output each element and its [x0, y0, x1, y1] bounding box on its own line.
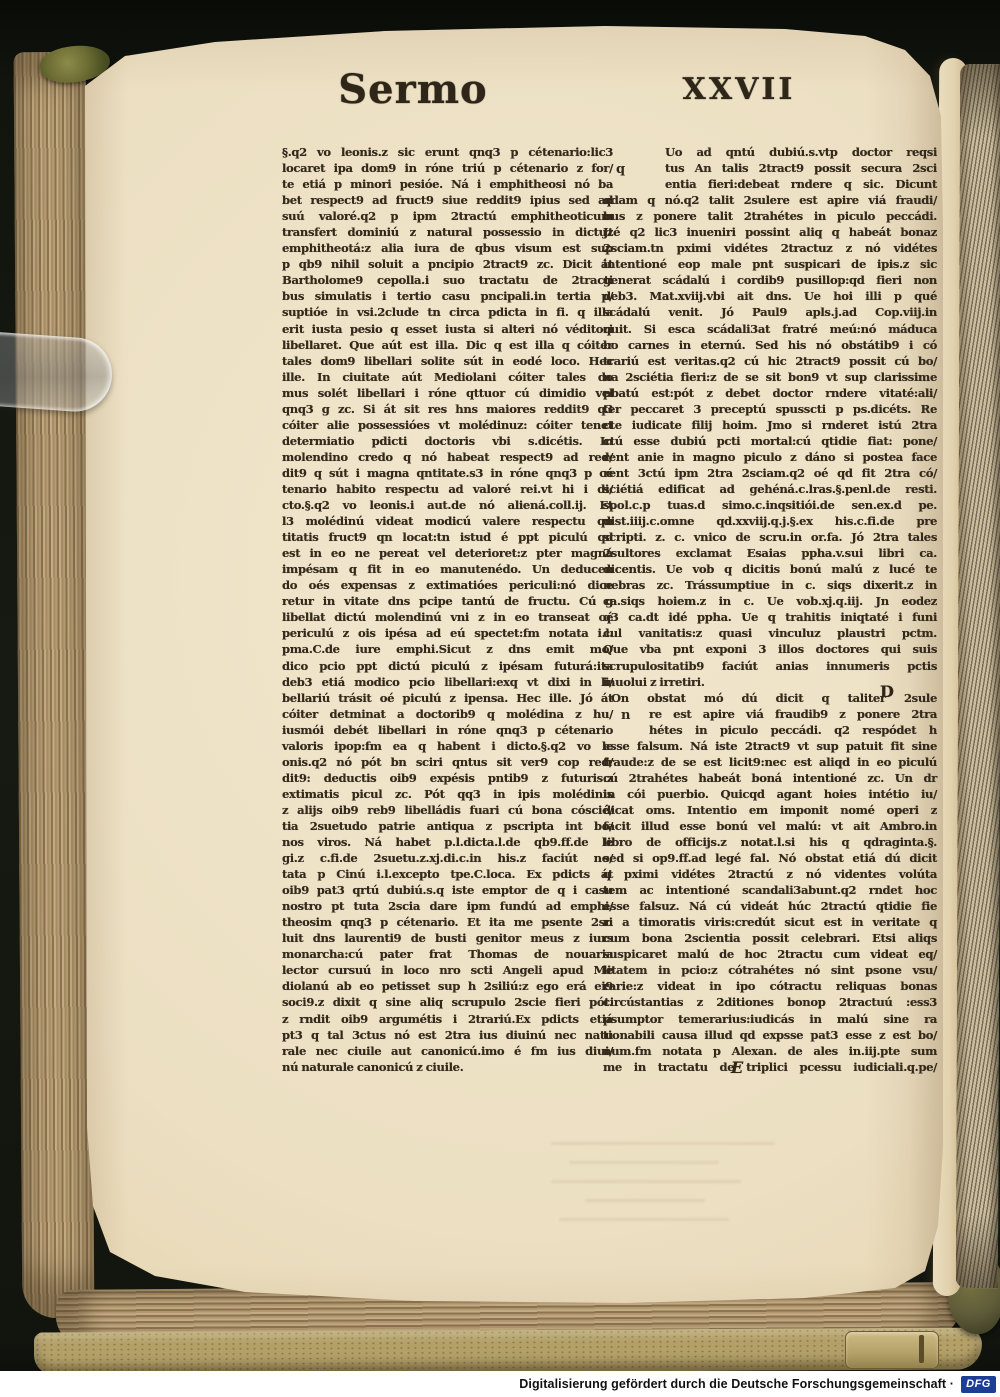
text-line: z rndit oib9 argumétis i 2trariú.Ex pdic… — [282, 1011, 613, 1027]
text-line: suptióe in vsi.2clude tn circa pdicta in… — [282, 304, 613, 320]
text-line: cum bona 2scientia possit celebrari. Ets… — [603, 930, 937, 946]
text-line: rent anie in magno piculo z dáno si post… — [603, 449, 937, 465]
text-line: l3 molédinú videat modicú valere respect… — [282, 513, 613, 529]
guide-letter-q: q — [616, 162, 625, 177]
credit-text: Digitalisierung gefördert durch die Deut… — [519, 1377, 954, 1391]
running-head-folio-number: XXVII — [679, 72, 799, 107]
text-line: dit9 q sút i magna qntitate.s3 in róne q… — [282, 465, 613, 481]
running-head-title: Sermo — [338, 66, 488, 113]
text-line: Bartholome9 cepolla.i suo tractatu de 2t… — [282, 272, 613, 288]
text-line: locaret ipa dom9 in róne triú p cétenari… — [282, 160, 613, 176]
text-line: scádalú venit. Jó Paul9 apls.j.ad Cop.vi… — [603, 304, 937, 320]
text-line: retur in vitate dns pcipe tantú de fruct… — [282, 593, 613, 609]
scanned-book-photo: Sermo XXVII §.q2 vo leonis.z sic erunt q… — [0, 0, 1000, 1397]
text-line: trariú est veritas.q2 cú hic 2tract9 pos… — [603, 353, 937, 369]
text-line: ter peccaret 3 preceptú spusscti p ps.di… — [603, 401, 937, 417]
text-line: bus simulatis i tertio casu pncipali.in … — [282, 288, 613, 304]
text-line: te etiá p minori pesióe. Ná i emphitheos… — [282, 176, 613, 192]
text-line: periculú z ois ipésa ad eú spectet:fm no… — [282, 625, 613, 641]
text-line: cóiter detminat a doctorib9 q molédina z… — [282, 706, 613, 722]
text-line: rent 3ctú ipm 2tra 2sciam.q2 oé qd fit 2… — [603, 465, 937, 481]
text-line: mus solét libellari i róne qttuor cú dim… — [282, 385, 613, 401]
text-line: dicentis. Ue vob q dicitis bonú malú z l… — [603, 561, 937, 577]
text-line: Uo ad qntú dubiú.s.vtp doctor reqsi — [603, 144, 937, 160]
text-line: q pximi vidétes 2tractú z nó videntes vo… — [603, 866, 937, 882]
text-line: p qb9 nihil soluit a pncipio 2tract9 zc.… — [282, 256, 613, 272]
parchment-cover-edge — [34, 1328, 982, 1375]
text-line: qnq3 g zc. Si át sit res hns maiores red… — [282, 401, 613, 417]
text-line: fraude:z de se est licit9:nec est aliqd … — [603, 754, 937, 770]
text-line: tia 2suetudo patrie antiqua z pscripta i… — [282, 818, 613, 834]
book-clasp — [845, 1331, 939, 1369]
text-line: theosim qnq3 p cétenario. Et ita me psen… — [282, 914, 613, 930]
clasp-pin — [919, 1335, 924, 1363]
text-line: diolanú ab eo petisset sup h 2siliú:z eg… — [282, 978, 613, 994]
text-line: q3 ca.dt idé ppha. Ue q trahitis iniqtat… — [603, 609, 937, 625]
text-line: tus An talis 2tract9 possit secura 2sci — [603, 160, 937, 176]
text-line: in cói puerbio. Quicqd agant hoies intét… — [603, 786, 937, 802]
text-line: scrupulositatib9 faciút anias innumeris … — [603, 658, 937, 674]
text-line: molendino credo q nó habeat respect9 ad … — [282, 449, 613, 465]
text-line: sed si op9.ff.ad legé fal. Nó obstat eti… — [603, 850, 937, 866]
text-line: ille. In ciuitate aút Mediolani cóiter t… — [282, 369, 613, 385]
text-line: tionabili causa illud qd expsse pat3 ess… — [603, 1027, 937, 1043]
text-line: rarie:z videat in ipo cótractu reliquas … — [603, 978, 937, 994]
text-line: qdam q nó.q2 talit 2sulere est apire viá… — [603, 192, 937, 208]
text-column-left: §.q2 vo leonis.z sic erunt qnq3 p cétena… — [282, 144, 613, 1075]
text-line: nebras zc. Trássumptiue in c. siqs dixer… — [603, 577, 937, 593]
text-line: facit illud esse bonú vel malú: vt ait A… — [603, 818, 937, 834]
text-column-right: Uo ad qntú dubiú.s.vtp doctor reqsitus A… — [603, 144, 937, 1075]
text-line: deb3 etiá modico pcio libellari:exq vt d… — [282, 674, 613, 690]
text-line: re est apire viá fraudib9 z ponere 2tra — [603, 706, 937, 722]
text-line: spol.c.p tuas.d simo.c.inqsitiói.de sen.… — [603, 497, 937, 513]
text-line: 2sciam.tn pximi vidétes 2tractuz z nó vi… — [603, 240, 937, 256]
text-line: me in tractatu de triplici pcessu iudici… — [603, 1059, 937, 1075]
text-line: suú valoré.q2 p ipm 2tractú emphitheotic… — [282, 208, 613, 224]
text-line: extimatis picul zc. Pót qq3 in ipis molé… — [282, 786, 613, 802]
text-line: monarcha:cú pater frat Thomas de nouaria — [282, 946, 613, 962]
text-line: tem ac intentioné scandali3abunt.q2 rnde… — [603, 882, 937, 898]
text-line: onis.q2 nó pót bn sciri qntus sit ver9 c… — [282, 754, 613, 770]
text-line: pt3 q tal 3ctus nó est 2tra ius diuinú n… — [282, 1027, 613, 1043]
digitization-credit-bar: Digitalisierung gefördert durch die Deut… — [0, 1371, 1000, 1397]
text-line: quit. Si esca scádali3at fratré meú:nó m… — [603, 321, 937, 337]
text-line: pma.C.de iure emphi.Sicut z dns emit mo/ — [282, 641, 613, 657]
text-line: circústantias z 2ditiones bonop 2tractuú… — [603, 994, 937, 1010]
text-line: nú naturale canonicú z ciuile. — [282, 1059, 613, 1075]
text-line: bellariú trásit oé piculú z ipensa. Hec … — [282, 690, 613, 706]
text-line: sciétiá edificat ad gehéná.c.lras.§.penl… — [603, 481, 937, 497]
text-line: na 2sciétia fieri:z de se sit bon9 vt su… — [603, 369, 937, 385]
text-line: psumptor temerarius:iudicás in malú sine… — [603, 1011, 937, 1027]
text-line: libellat dictú molendinú vni z in eo tra… — [282, 609, 613, 625]
text-line: tata p Cinú i.l.excepto tpe.C.loca. Ex p… — [282, 866, 613, 882]
text-line: deb3. Mat.xviij.vbi ait dns. Ue hoi illi… — [603, 288, 937, 304]
text-line: bus z ponere talit 2trahétes in piculo p… — [603, 208, 937, 224]
guide-letter-n: n — [621, 708, 630, 723]
text-line: bo carnes in eternú. Sed his nó obstátib… — [603, 337, 937, 353]
text-line: soci9.z dixit q sine aliq scrupulo 2scie… — [282, 994, 613, 1010]
text-line: bet respect9 ad fruct9 siue reddit9 ipiu… — [282, 192, 613, 208]
text-line: nos viros. Ná habet p.l.dicta.l.de qb9.f… — [282, 834, 613, 850]
text-line: do oés expensas z extimatióes periculi:n… — [282, 577, 613, 593]
text-line: impésam q fit in eo manutenédo. Un deduc… — [282, 561, 613, 577]
text-line: intentioné eop male pnt suspicari de ipi… — [603, 256, 937, 272]
text-line: cú 2trahétes habeát boná intentioné zc. … — [603, 770, 937, 786]
text-line: iusmói debét libellari in róne qnq3 p cé… — [282, 722, 613, 738]
text-line: luit dns laurenti9 de busti genitor meus… — [282, 930, 613, 946]
book-page: Sermo XXVII §.q2 vo leonis.z sic erunt q… — [85, 26, 943, 1344]
text-line: §.q2 vo leonis.z sic erunt qnq3 p cétena… — [282, 144, 613, 160]
verso-show-through-marks — [545, 1126, 785, 1326]
text-line: entia fieri:debeat rndere q sic. Dicunt — [603, 176, 937, 192]
text-line: Jté q2 lic3 inueniri possint aliq q habe… — [603, 224, 937, 240]
text-line: cte iudicate filij hoim. Jmo si rnderet … — [603, 417, 937, 433]
dfg-logo: DFG — [961, 1376, 996, 1393]
text-line: cul vanitatis:z quasi vinculuz plaustri … — [603, 625, 937, 641]
text-line: ri a timoratis viris:credút sicut est in… — [603, 914, 937, 930]
text-line: dico pcio ppt dictú piculú z ipésam futu… — [282, 658, 613, 674]
text-line: valoris ipop:fm ea q habent i dicto.§.q2… — [282, 738, 613, 754]
text-line: emphitheotá:z alia iura de qbus visum es… — [282, 240, 613, 256]
page-stack-left-edge — [14, 52, 95, 1318]
text-line: dist.iiij.c.omne qd.xxviij.q.j.§.ex his.… — [603, 513, 937, 529]
text-line: rale nec ciuile aut canonicú.imo é fm iu… — [282, 1043, 613, 1059]
paragraph-mark-d: D — [880, 682, 894, 701]
text-line: litatem in pcio:z cótrahétes nó sint pso… — [603, 962, 937, 978]
text-line: tenario habito respectu ad valoré rei.vt… — [282, 481, 613, 497]
text-line: libellaret. Que aút est illa. Dic q est … — [282, 337, 613, 353]
text-line: cto.§.q2 vo leonis.i aut.de nó aliená.co… — [282, 497, 613, 513]
glass-page-weight — [0, 332, 114, 414]
text-line: erit iusta pesio q esset iusta si alteri… — [282, 321, 613, 337]
text-line: tales dom9 libellari solite sút in eodé … — [282, 353, 613, 369]
text-line: ctú esse dubiú pcti mortal:cú qtidie fia… — [603, 433, 937, 449]
text-line: est in eo ne pereat vel deterioret:z pte… — [282, 545, 613, 561]
text-line: nostro pt tuta 2scia dare ipm fundú ad e… — [282, 898, 613, 914]
text-line: ca.siqs hoiem.z in c. Ue vob.xj.q.iij. J… — [603, 593, 937, 609]
text-line: dicat oms. Intentio em imponit nomé oper… — [603, 802, 937, 818]
adjacent-page-compressed-text — [956, 64, 1000, 1288]
text-line: gi.z c.fi.de 2suetu.z.xj.di.c.in his.z f… — [282, 850, 613, 866]
text-line: Que vba pnt exponi 3 illos doctores qui … — [603, 641, 937, 657]
text-line: esse falsuz. Ná cú videát húc 2tractú qt… — [603, 898, 937, 914]
text-line: titatis fruct9 qn locat:tn istud é ppt p… — [282, 529, 613, 545]
text-line: num.fm notata p Alexan. de ales in.iij.p… — [603, 1043, 937, 1059]
text-line: oib9 pat3 qrtú dubiú.s.q iste emptor de … — [282, 882, 613, 898]
text-line: hétes in piculo peccádi. q2 respódet h — [603, 722, 937, 738]
text-line: 2sultores exclamat Esaias ppha.v.sui lib… — [603, 545, 937, 561]
text-line: pbatú est:pót z debet doctor rndere vita… — [603, 385, 937, 401]
text-line: scripti. z. c. vnico de scru.in or.fa. J… — [603, 529, 937, 545]
text-line: suspicaret malú de hoc 2tractu cum videa… — [603, 946, 937, 962]
text-line: transfert dominiú z natural possessio in… — [282, 224, 613, 240]
text-line: cóiter alie possessióes vt molédinuz: có… — [282, 417, 613, 433]
text-line: z alijs oib9 reb9 libelládis fuari cú bo… — [282, 802, 613, 818]
text-line: esse falsum. Ná iste 2tract9 vt sup patu… — [603, 738, 937, 754]
text-line: lector cursuú in loco nro scti Angeli ap… — [282, 962, 613, 978]
text-line: determiatio pdicti doctoris vbi s.dicéti… — [282, 433, 613, 449]
text-line: libro de officijs.z notat.l.si his q qdr… — [603, 834, 937, 850]
text-line: generat scádalú i cordib9 pusillop:qd fi… — [603, 272, 937, 288]
text-line: dit9: deductis oib9 expésis pntib9 z fut… — [282, 770, 613, 786]
signature-mark-e: E — [731, 1058, 743, 1077]
